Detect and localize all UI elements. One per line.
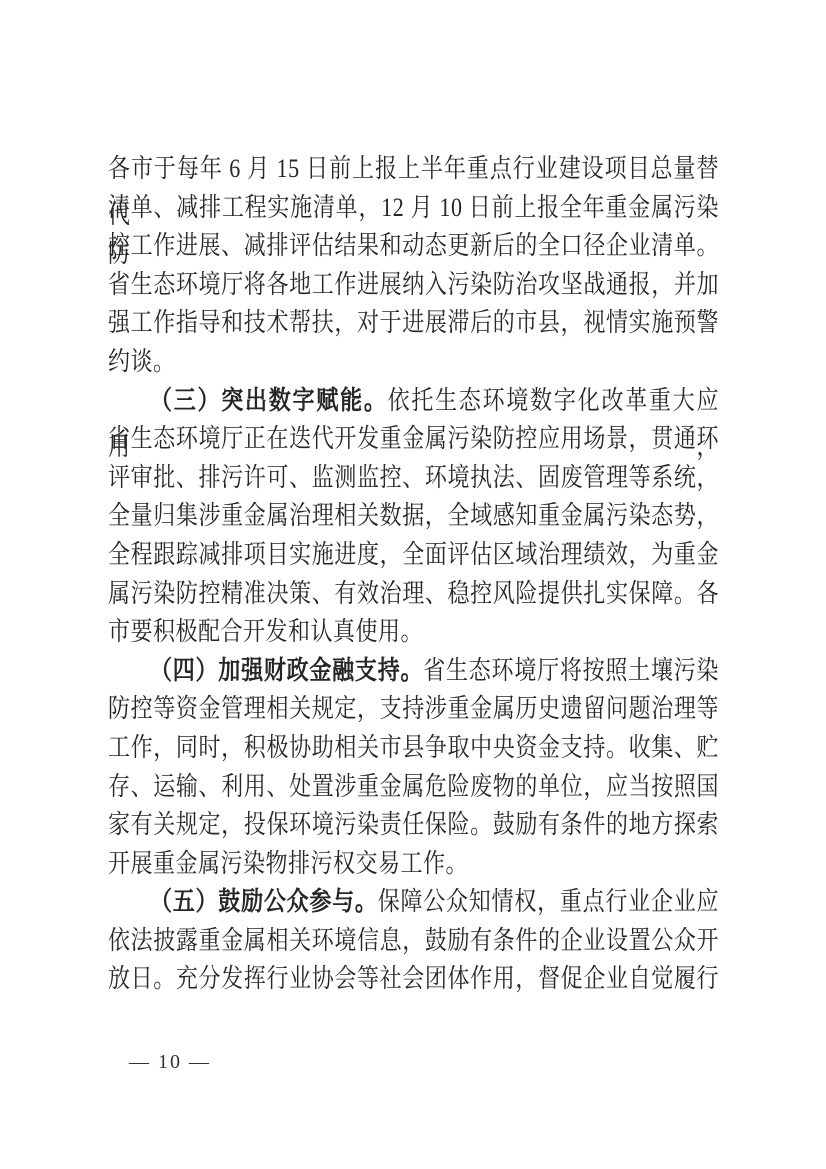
body-line-text: 市要积极配合开发和认真使用。: [108, 617, 423, 647]
body-line-text: 控工作进展、减排评估结果和动态更新后的全口径企业清单。: [108, 231, 719, 261]
document-body: 各市于每年 6 月 15 日前上报上半年重点行业建设项目总量替代 清单、减排工程…: [108, 150, 719, 999]
body-line-text: 全量归集涉重金属治理相关数据，全域感知重金属污染态势，: [108, 501, 719, 531]
body-line-text: 强工作指导和技术帮扶，对于进展滞后的市县，视情实施预警: [108, 308, 719, 338]
body-line-text: 放日。充分发挥行业协会等社会团体作用，督促企业自觉履行: [108, 964, 719, 994]
page-number: — 10 —: [129, 1051, 211, 1074]
body-line-text: 全程跟踪减排项目实施进度，全面评估区域治理绩效，为重金: [108, 540, 719, 570]
body-line: 放日。充分发挥行业协会等社会团体作用，督促企业自觉履行: [108, 957, 719, 1003]
body-line-text: 省生态环境厅将各地工作进展纳入污染防治攻坚战通报，并加: [108, 269, 719, 299]
body-line-text: 约谈。: [108, 347, 176, 377]
body-line-text: 家有关规定，投保环境污染责任保险。鼓励有条件的地方探索: [108, 810, 719, 840]
section-heading: （四）加强财政金融支持。: [150, 655, 423, 685]
body-line-text: 工作，同时，积极协助相关市县争取中央资金支持。收集、贮: [108, 733, 719, 763]
document-page: 各市于每年 6 月 15 日前上报上半年重点行业建设项目总量替代 清单、减排工程…: [0, 0, 826, 1169]
body-line-text: 评审批、排污许可、监测监控、环境执法、固废管理等系统，: [108, 462, 719, 492]
section-heading: （五）鼓励公众参与。: [150, 887, 378, 917]
body-line-text: 省生态环境厅将按照土壤污染: [423, 655, 719, 685]
section-heading: （三）突出数字赋能。: [150, 385, 388, 415]
body-line-text: 属污染防控精准决策、有效治理、稳控风险提供扎实保障。各: [108, 578, 719, 608]
body-line-text: 保障公众知情权，重点行业企业应: [378, 887, 719, 917]
body-line-text: 存、运输、利用、处置涉重金属危险废物的单位，应当按照国: [108, 771, 719, 801]
body-line-text: 省生态环境厅正在迭代开发重金属污染防控应用场景，贯通环: [108, 424, 719, 454]
body-line-text: 依法披露重金属相关环境信息，鼓励有条件的企业设置公众开: [108, 925, 719, 955]
body-line-text: 防控等资金管理相关规定，支持涉重金属历史遗留问题治理等: [108, 694, 719, 724]
body-line-text: 开展重金属污染物排污权交易工作。: [108, 848, 468, 878]
